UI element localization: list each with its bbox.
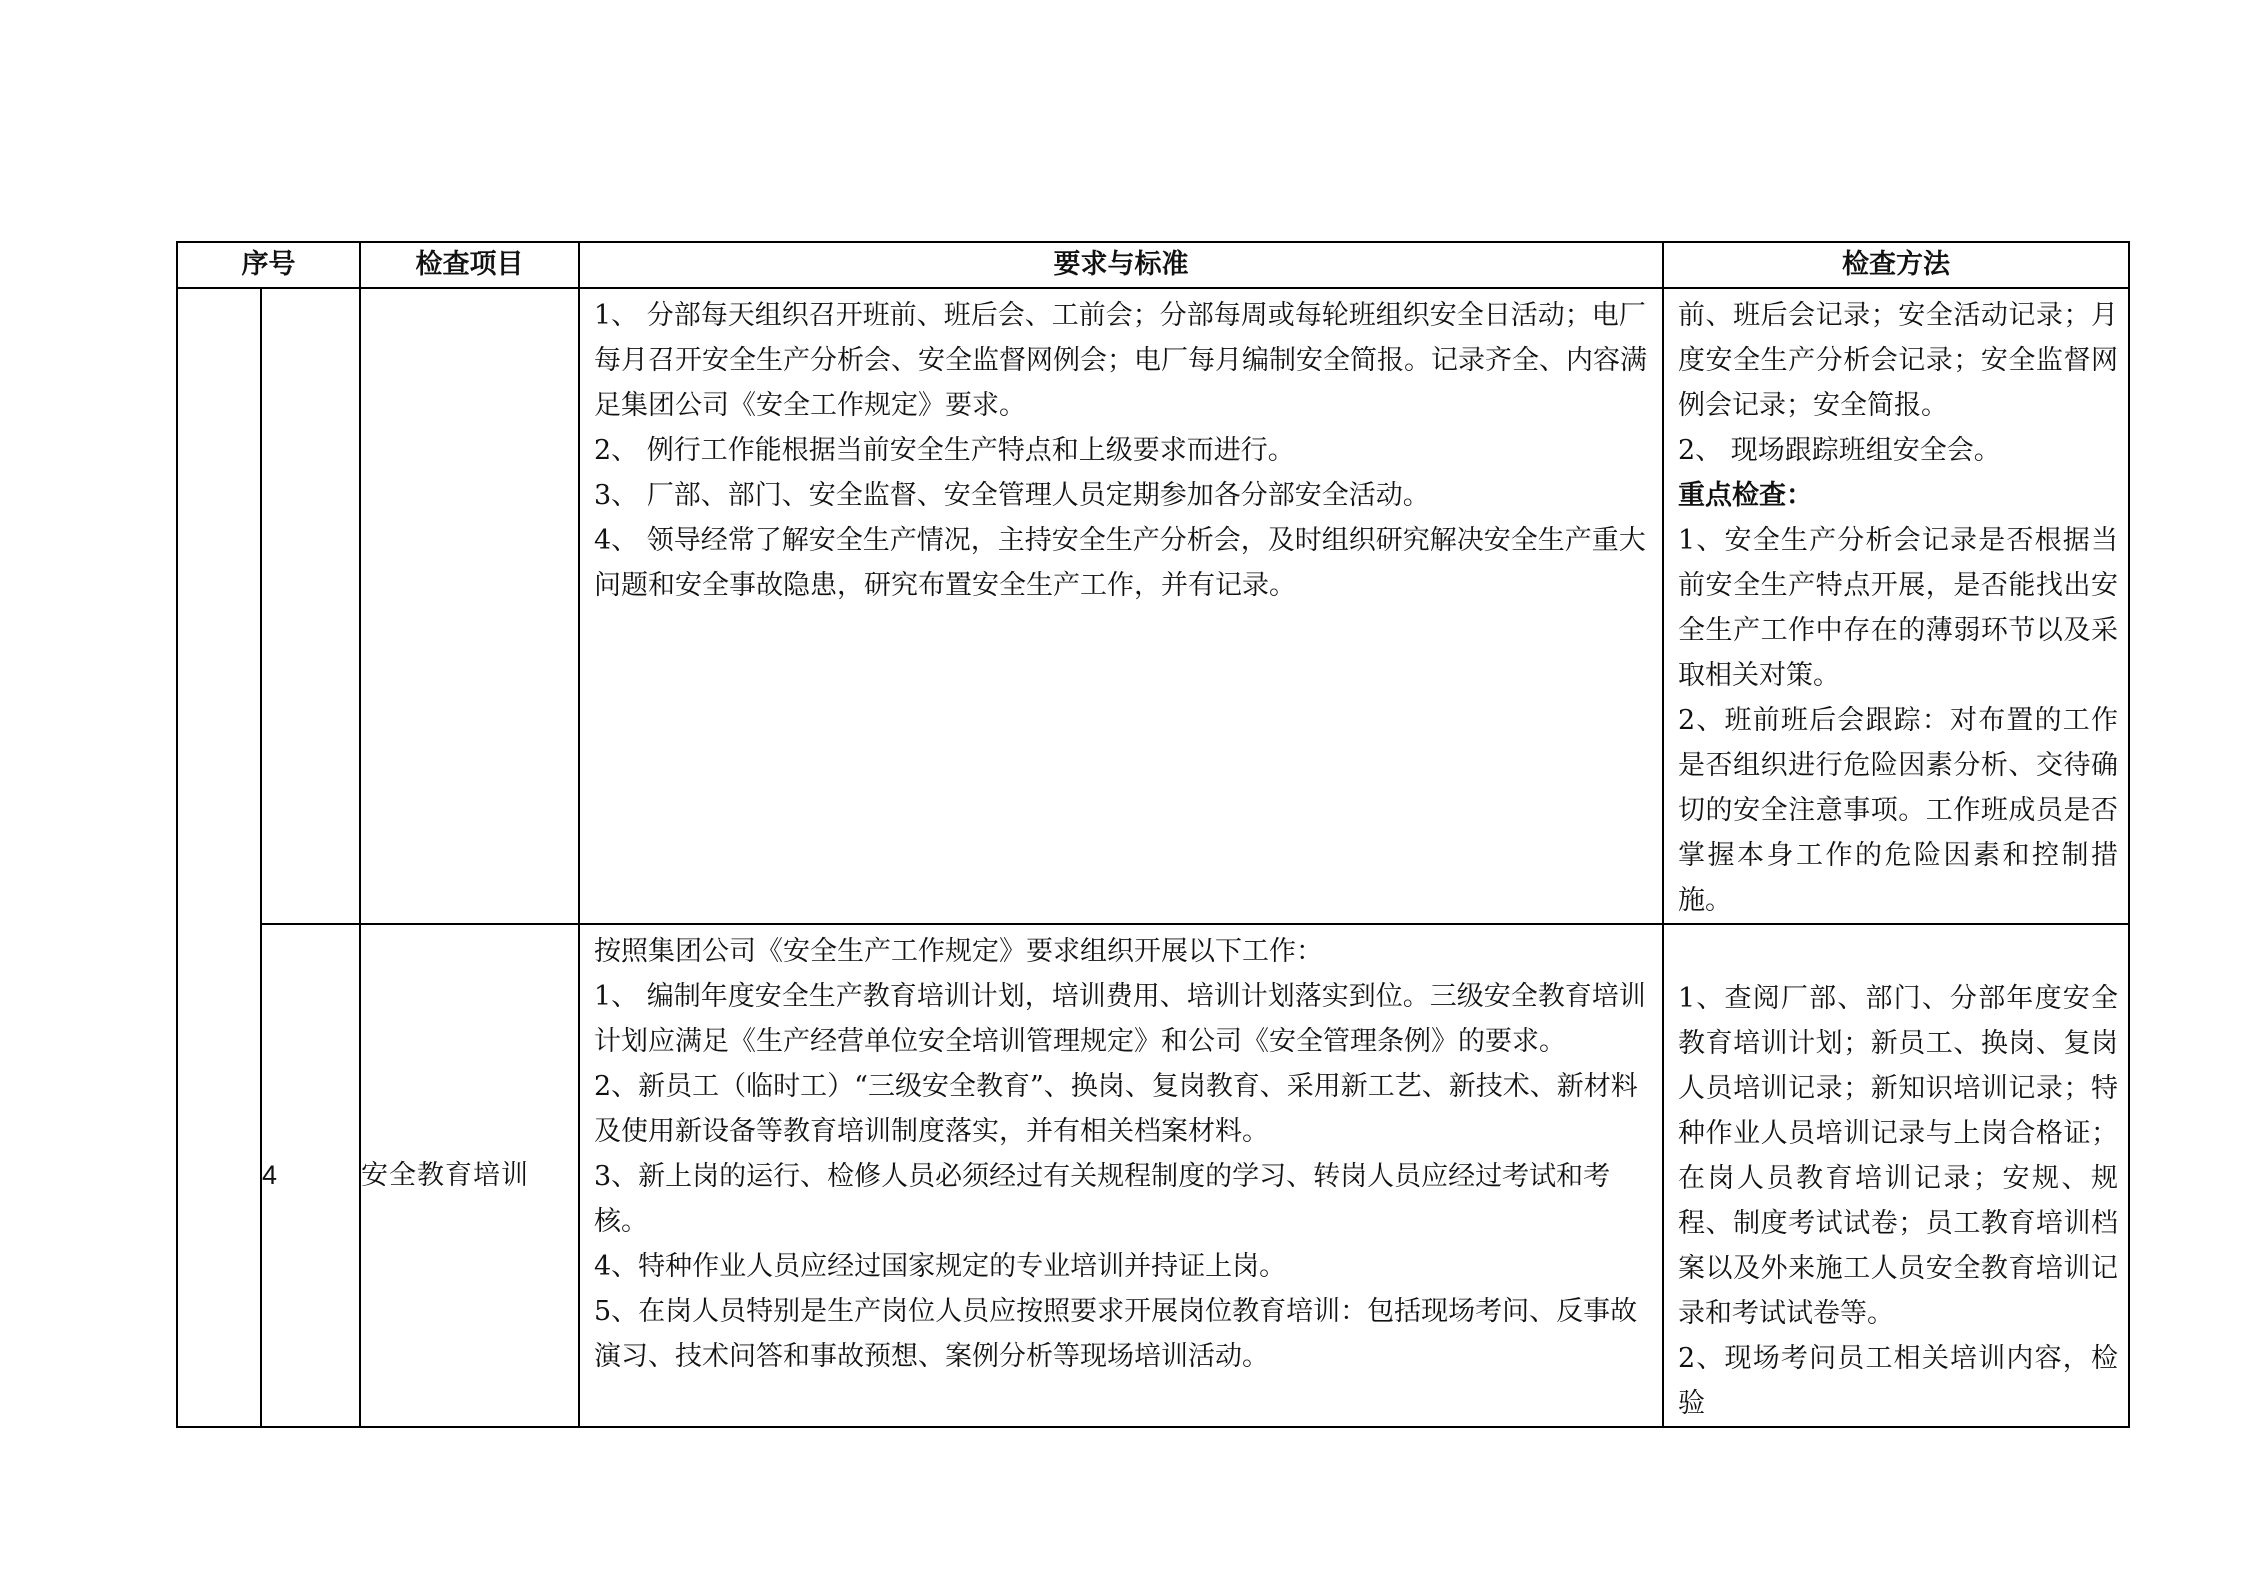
method-line: 2、现场考问员工相关培训内容，检验 bbox=[1678, 1336, 2118, 1426]
requirement-line: 1、 分部每天组织召开班前、班后会、工前会；分部每周或每轮班组织安全日活动；电厂… bbox=[594, 293, 1650, 428]
requirement-line: 2、 例行工作能根据当前安全生产特点和上级要求而进行。 bbox=[594, 428, 1650, 473]
requirement-line: 1、 编制年度安全生产教育培训计划，培训费用、培训计划落实到位。三级安全教育培训… bbox=[594, 974, 1650, 1064]
seq-cell: 4 bbox=[261, 924, 360, 1427]
requirement-line: 4、 领导经常了解安全生产情况，主持安全生产分析会，及时组织研究解决安全生产重大… bbox=[594, 518, 1650, 608]
header-seq: 序号 bbox=[177, 242, 360, 288]
header-requirement: 要求与标准 bbox=[579, 242, 1663, 288]
group-seq-cell bbox=[177, 288, 261, 1427]
table-header-row: 序号 检查项目 要求与标准 检查方法 bbox=[177, 242, 2129, 288]
requirement-line: 4、特种作业人员应经过国家规定的专业培训并持证上岗。 bbox=[594, 1244, 1650, 1289]
item-cell: 安全教育培训 bbox=[360, 924, 579, 1427]
method-cell: 1、查阅厂部、部门、分部年度安全教育培训计划；新员工、换岗、复岗人员培训记录；新… bbox=[1663, 924, 2129, 1427]
header-item: 检查项目 bbox=[360, 242, 579, 288]
item-cell bbox=[360, 288, 579, 924]
method-line: 1、安全生产分析会记录是否根据当前安全生产特点开展，是否能找出安全生产工作中存在… bbox=[1678, 518, 2118, 698]
requirement-line: 2、新员工（临时工）“三级安全教育”、换岗、复岗教育、采用新工艺、新技术、新材料… bbox=[594, 1064, 1650, 1154]
method-line: 2、班前班后会跟踪：对布置的工作是否组织进行危险因素分析、交待确切的安全注意事项… bbox=[1678, 698, 2118, 923]
method-line: 前、班后会记录；安全活动记录；月度安全生产分析会记录；安全监督网例会记录；安全简… bbox=[1678, 293, 2118, 428]
header-method: 检查方法 bbox=[1663, 242, 2129, 288]
seq-cell bbox=[261, 288, 360, 924]
method-line: 2、 现场跟踪班组安全会。 bbox=[1678, 428, 2118, 473]
method-line: 1、查阅厂部、部门、分部年度安全教育培训计划；新员工、换岗、复岗人员培训记录；新… bbox=[1678, 976, 2118, 1336]
requirement-line: 5、在岗人员特别是生产岗位人员应按照要求开展岗位教育培训：包括现场考问、反事故演… bbox=[594, 1289, 1650, 1379]
document-page: 序号 检查项目 要求与标准 检查方法 1、 分部每天组织召开班前、班后会、工前会… bbox=[0, 0, 2245, 1587]
inspection-table: 序号 检查项目 要求与标准 检查方法 1、 分部每天组织召开班前、班后会、工前会… bbox=[176, 241, 2130, 1428]
requirement-line: 3、新上岗的运行、检修人员必须经过有关规程制度的学习、转岗人员应经过考试和考核。 bbox=[594, 1154, 1650, 1244]
method-cell: 前、班后会记录；安全活动记录；月度安全生产分析会记录；安全监督网例会记录；安全简… bbox=[1663, 288, 2129, 924]
method-key-check-heading: 重点检查： bbox=[1678, 473, 2118, 518]
requirement-line: 3、 厂部、部门、安全监督、安全管理人员定期参加各分部安全活动。 bbox=[594, 473, 1650, 518]
requirement-line: 按照集团公司《安全生产工作规定》要求组织开展以下工作： bbox=[594, 929, 1650, 974]
requirement-cell: 按照集团公司《安全生产工作规定》要求组织开展以下工作： 1、 编制年度安全生产教… bbox=[579, 924, 1663, 1427]
table-row: 4 安全教育培训 按照集团公司《安全生产工作规定》要求组织开展以下工作： 1、 … bbox=[177, 924, 2129, 1427]
table-row: 1、 分部每天组织召开班前、班后会、工前会；分部每周或每轮班组织安全日活动；电厂… bbox=[177, 288, 2129, 924]
requirement-cell: 1、 分部每天组织召开班前、班后会、工前会；分部每周或每轮班组织安全日活动；电厂… bbox=[579, 288, 1663, 924]
